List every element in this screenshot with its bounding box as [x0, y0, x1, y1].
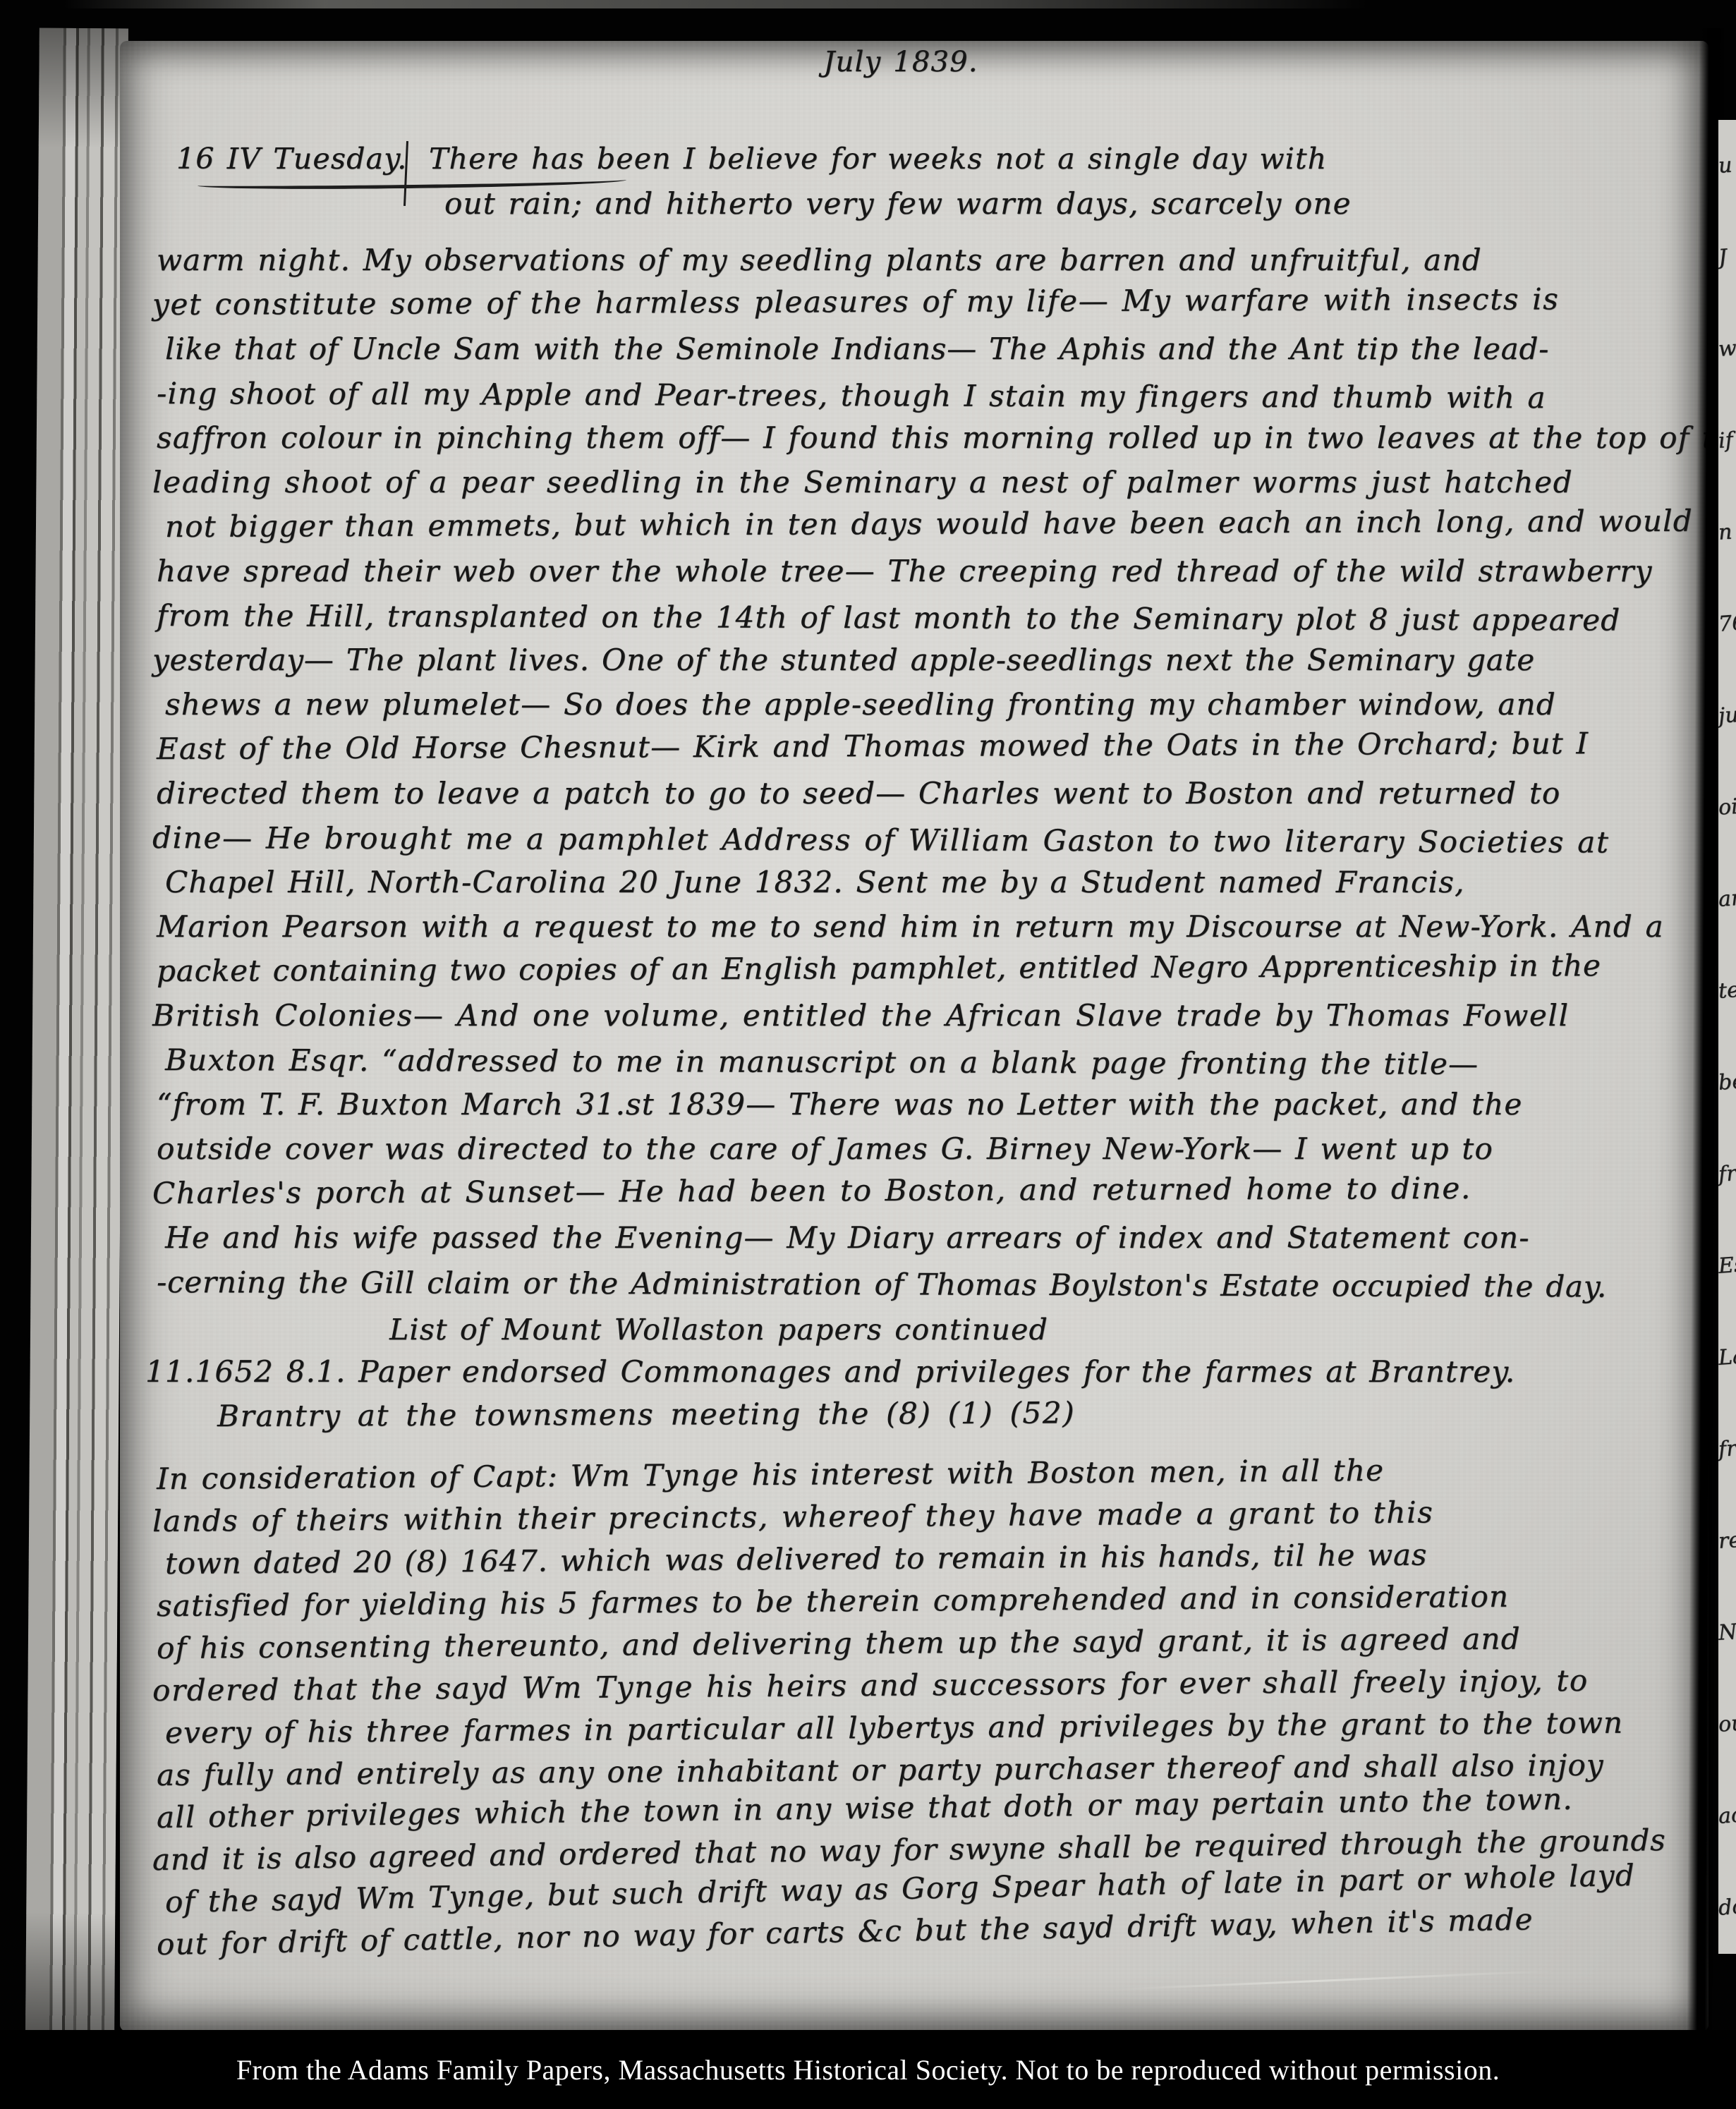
- manuscript-line: like that of Uncle Sam with the Seminole…: [165, 327, 1645, 371]
- entry-first-line: There has been I believe for weeks not a…: [429, 137, 1327, 181]
- facing-page-text-fragment: te: [1718, 980, 1736, 1002]
- manuscript-line: yet constitute some of the harmless plea…: [152, 276, 1645, 327]
- manuscript-line: Buxton Esqr. “addressed to me in manuscr…: [165, 1038, 1645, 1087]
- manuscript-line: leading shoot of a pear seedling in the …: [152, 460, 1645, 504]
- facing-page-text-fragment: w: [1718, 338, 1736, 360]
- manuscript-line: from the Hill, transplanted on the 14th …: [157, 593, 1645, 643]
- list-section-heading: List of Mount Wollaston papers continued: [389, 1310, 1645, 1349]
- manuscript-line: Chapel Hill, North-Carolina 20 June 1832…: [165, 860, 1645, 904]
- diary-entry-body: warm night. My observations of my seedli…: [157, 238, 1645, 1304]
- manuscript-line: have spread their web over the whole tre…: [157, 549, 1645, 593]
- manuscript-line: directed them to leave a patch to go to …: [157, 771, 1645, 815]
- manuscript-line: packet containing two copies of an Engli…: [157, 943, 1645, 993]
- facing-page-text-fragment: ret: [1718, 1530, 1736, 1552]
- facing-page-text-fragment: ac: [1718, 1805, 1736, 1828]
- manuscript-line: Charles's porch at Sunset— He had been t…: [152, 1165, 1645, 1215]
- facing-page-text-fragment: if: [1718, 430, 1736, 452]
- facing-page-text-fragment: fro: [1718, 1438, 1736, 1461]
- archive-caption: From the Adams Family Papers, Massachuse…: [236, 2053, 1500, 2086]
- manuscript-line: -cerning the Gill claim or the Administr…: [157, 1260, 1645, 1309]
- facing-page-text-fragment: do: [1718, 1897, 1736, 1919]
- facing-page-text-fragment: N: [1718, 1622, 1736, 1644]
- book-binding-page-edges: [25, 28, 128, 2034]
- facing-page-text-fragment: n: [1718, 521, 1736, 544]
- facing-page-text-fragment: La: [1718, 1347, 1736, 1369]
- page-content: July 1839. 16 IV Tuesday. There has been…: [120, 41, 1708, 2031]
- manuscript-line: warm night. My observations of my seedli…: [157, 238, 1645, 282]
- facing-page-text-fragment: Est: [1718, 1255, 1736, 1277]
- book-top-edge: [63, 0, 1368, 8]
- manuscript-line: Marion Pearson with a request to me to s…: [157, 904, 1645, 949]
- entry-date-label: 16 IV Tuesday.: [176, 137, 407, 181]
- facing-page-text-fragment: be: [1718, 1071, 1736, 1094]
- manuscript-line: -ing shoot of all my Apple and Pear-tree…: [157, 371, 1645, 420]
- facing-page-text-fragment: fro: [1718, 1163, 1736, 1186]
- manuscript-line: yesterday— The plant lives. One of the s…: [152, 638, 1645, 682]
- transcribed-record-paragraph: In consideration of Capt: Wm Tynge his i…: [157, 1458, 1645, 1966]
- entry-heading-row: 16 IV Tuesday. There has been I believe …: [157, 137, 1645, 181]
- facing-page-text-fragment: 76: [1718, 613, 1736, 636]
- manuscript-line: He and his wife passed the Evening— My D…: [165, 1215, 1645, 1260]
- manuscript-scan: July 1839. 16 IV Tuesday. There has been…: [0, 0, 1736, 2109]
- manuscript-line: outside cover was directed to the care o…: [157, 1126, 1645, 1171]
- wollaston-list: 11.1652 8.1. Paper endorsed Commonages a…: [157, 1349, 1645, 1438]
- facing-page-text-fragment: oi: [1718, 796, 1736, 819]
- facing-page-text-fragment: ou: [1718, 1713, 1736, 1736]
- manuscript-line: British Colonies— And one volume, entitl…: [152, 993, 1645, 1038]
- list-line: 11.1652 8.1. Paper endorsed Commonages a…: [145, 1349, 1645, 1394]
- manuscript-line: dine— He brought me a pamphlet Address o…: [152, 815, 1645, 865]
- month-year-heading: July 1839.: [157, 44, 1645, 80]
- manuscript-line: saffron colour in pinching them off— I f…: [157, 415, 1645, 460]
- facing-page-sliver: uJwifn76juoiantebefroEstLafroretNouacdo: [1718, 120, 1736, 1954]
- facing-page-text-fragment: u: [1718, 154, 1736, 177]
- manuscript-line: “from T. F. Buxton March 31.st 1839— The…: [157, 1082, 1645, 1126]
- facing-page-text-fragment: an: [1718, 888, 1736, 911]
- facing-page-text-fragment: ju: [1718, 705, 1736, 727]
- facing-page-text-fragment: J: [1718, 246, 1736, 269]
- manuscript-page: July 1839. 16 IV Tuesday. There has been…: [120, 41, 1708, 2031]
- manuscript-line: not bigger than emmets, but which in ten…: [165, 499, 1645, 549]
- caption-bar: From the Adams Family Papers, Massachuse…: [0, 2030, 1736, 2109]
- manuscript-line: East of the Old Horse Chesnut— Kirk and …: [157, 721, 1645, 771]
- list-line: Brantry at the townsmens meeting the (8)…: [217, 1388, 1645, 1438]
- entry-second-line: out rain; and hitherto very few warm day…: [444, 181, 1645, 226]
- manuscript-line: shews a new plumelet— So does the apple-…: [165, 682, 1645, 727]
